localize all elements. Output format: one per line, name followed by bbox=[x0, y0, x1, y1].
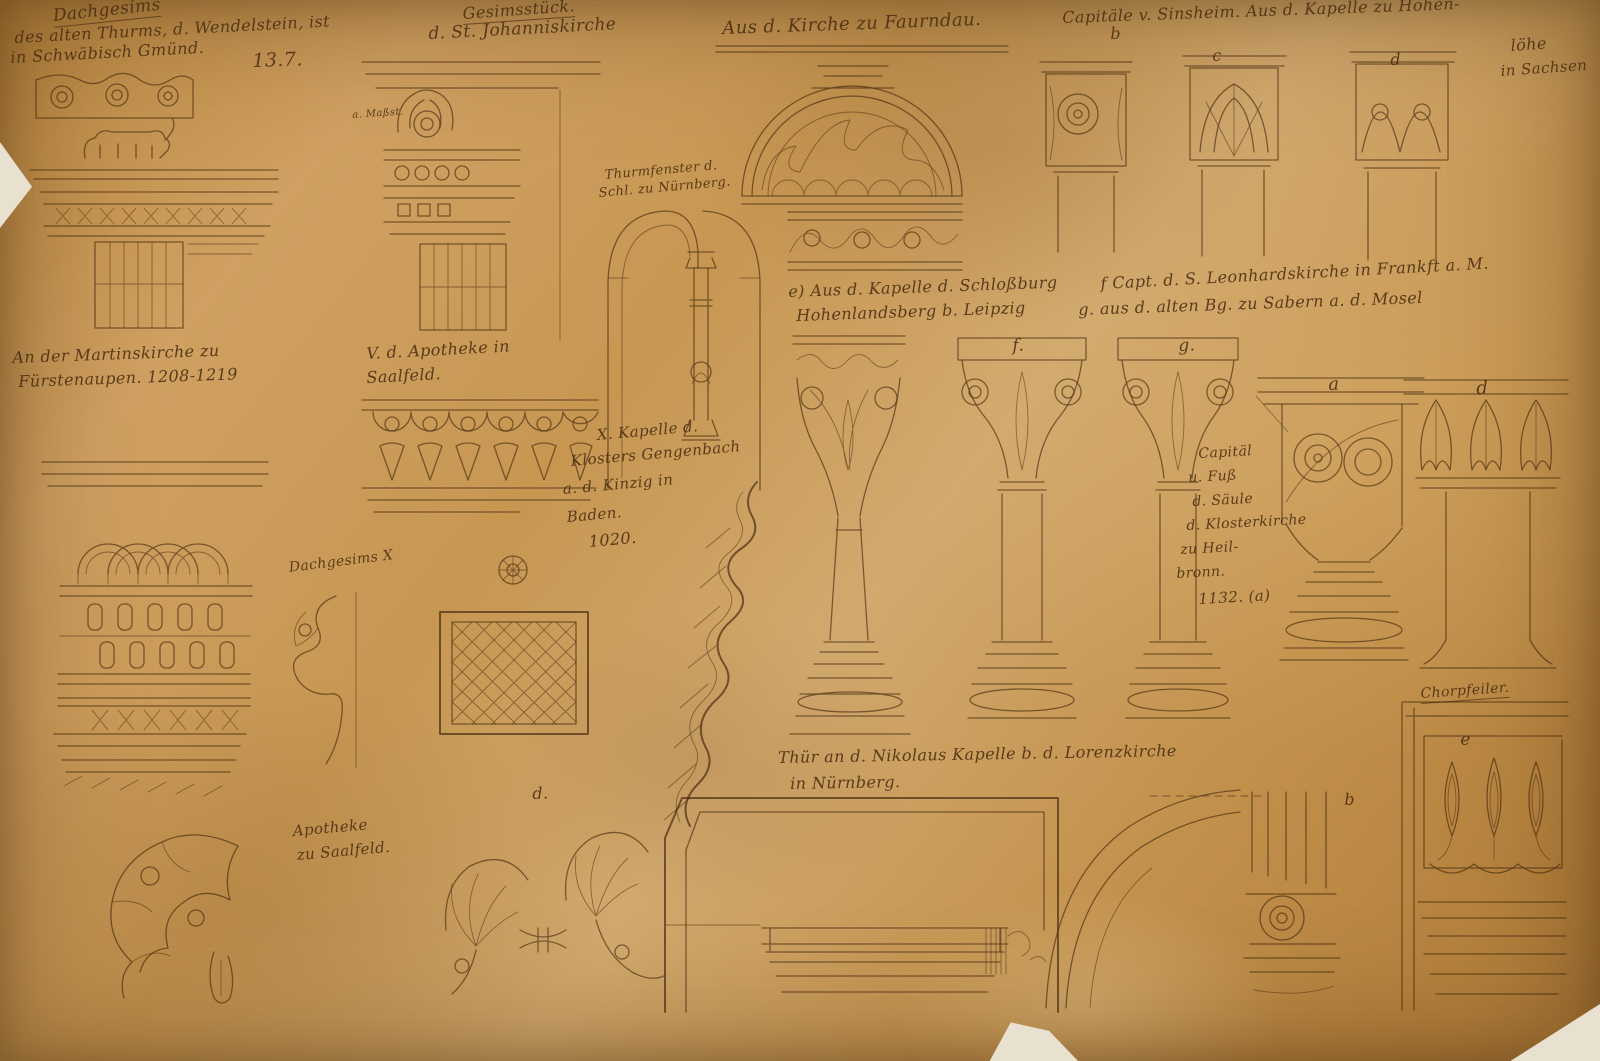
label-d-small: d. bbox=[532, 783, 549, 803]
sketch-faurndau-tympanon bbox=[742, 66, 962, 204]
note-heilbronn-line1: Capitäl bbox=[1198, 443, 1253, 462]
label-b-bottom: b bbox=[1344, 790, 1355, 809]
label-b-top: b bbox=[1110, 24, 1121, 43]
sketch-capital-c-top bbox=[1183, 56, 1286, 256]
sketch-capital-f bbox=[958, 338, 1086, 718]
sketch-palmetten-ornament bbox=[446, 832, 665, 994]
sketch-dachgesims-x-profil bbox=[294, 592, 357, 768]
note-fig-number: 13.7. bbox=[252, 48, 303, 72]
sketch-portal-molding bbox=[1244, 792, 1340, 993]
note-heilbronn-line7: 1132. (a) bbox=[1198, 586, 1271, 608]
sketch-akanthus-saalfeld bbox=[111, 835, 238, 1003]
sketch-capital-d-right bbox=[1404, 380, 1568, 668]
sketch-nikolaus-thuer bbox=[665, 790, 1264, 1012]
label-f-mid: f. bbox=[1012, 336, 1025, 356]
sketch-capital-d-top bbox=[1350, 52, 1456, 260]
note-apotheke-line2: Saalfeld. bbox=[366, 364, 441, 387]
sketch-dachgesims-wendelstein bbox=[30, 73, 278, 328]
sketch-lattice-window bbox=[440, 612, 588, 734]
sketch-faurndau-fries bbox=[788, 212, 962, 270]
ink-drawings bbox=[0, 0, 1600, 1061]
note-heilbronn-line6: bronn. bbox=[1176, 563, 1226, 582]
label-g-mid: g. bbox=[1178, 335, 1196, 356]
note-heilbronn-line3: d. Säule bbox=[1192, 491, 1254, 510]
label-c-top: c bbox=[1212, 46, 1222, 65]
sketch-hohenlandsberg-saeule bbox=[790, 336, 910, 734]
sketch-faurndau-title-rule bbox=[716, 46, 1008, 52]
note-capitale-line2: löhe bbox=[1510, 33, 1547, 54]
label-a-right: a bbox=[1328, 374, 1340, 395]
sketch-profile-section bbox=[664, 482, 757, 826]
sketch-rosette bbox=[499, 556, 527, 584]
note-nikolaus-line2: in Nürnberg. bbox=[790, 772, 901, 793]
label-d-right: d bbox=[1476, 378, 1489, 399]
sketch-johanniskirche-gesims bbox=[362, 62, 600, 340]
label-e-right: e bbox=[1460, 730, 1471, 750]
note-heilbronn-line5: zu Heil- bbox=[1180, 539, 1239, 558]
label-d-top: d bbox=[1390, 50, 1401, 69]
sketch-sheet: Dachgesims des alten Thurms, d. Wendelst… bbox=[0, 0, 1600, 1061]
sketch-martinskirche-wand bbox=[42, 462, 268, 796]
note-heilbronn-line2: u. Fuß bbox=[1188, 467, 1237, 486]
sketch-chorpfeiler bbox=[1402, 702, 1568, 1010]
sketch-capital-b-top bbox=[1040, 62, 1132, 252]
